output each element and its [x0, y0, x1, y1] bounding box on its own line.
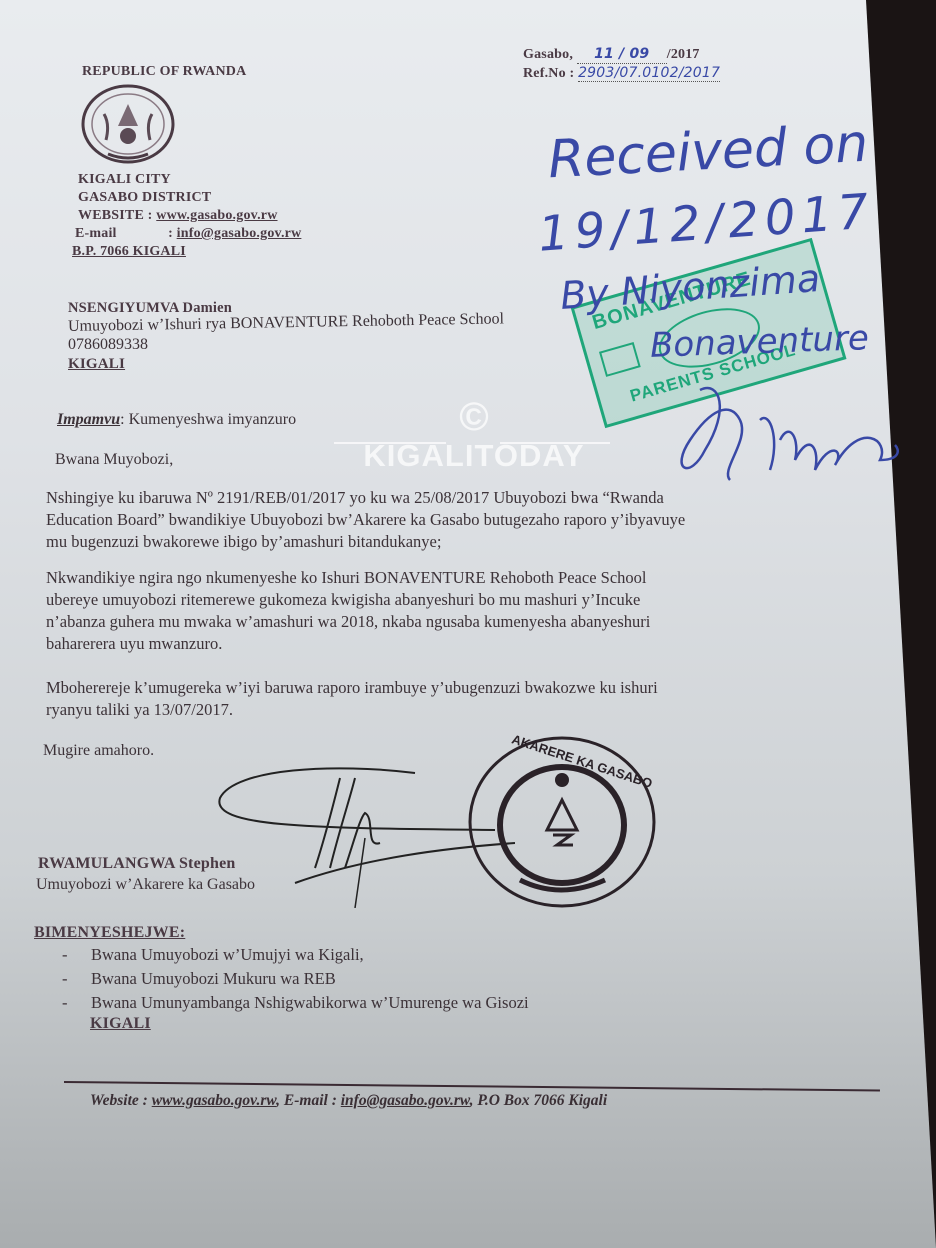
- website-label: WEBSITE :: [78, 208, 153, 223]
- recipient-name: NSENGIYUMVA Damien: [68, 300, 232, 317]
- letterhead-district: GASABO DISTRICT: [78, 190, 211, 206]
- received-note-name: Bonaventure: [649, 318, 869, 366]
- salutation: Bwana Muyobozi,: [55, 451, 173, 469]
- recipient-city: KIGALI: [68, 356, 125, 373]
- website-link[interactable]: www.gasabo.gov.rw: [156, 208, 277, 223]
- po-box: B.P. 7066 KIGALI: [72, 244, 186, 260]
- paragraph-line: Nshingiye ku ibaruwa Nº 2191/REB/01/2017…: [46, 487, 806, 509]
- ref-label: Ref.No :: [523, 66, 574, 81]
- cc-item: -Bwana Umuyobozi w’Umujyi wa Kigali,: [62, 945, 364, 965]
- recipient-phone: 0786089338: [68, 336, 148, 354]
- paragraph-line: n’abanza guhera mu mwaka w’amashuri wa 2…: [46, 611, 806, 633]
- paragraph-1: Nshingiye ku ibaruwa Nº 2191/REB/01/2017…: [46, 487, 806, 553]
- watermark-rule-left: [334, 442, 446, 444]
- paragraph-line: mu bugenzuzi bwakorewe ibigo by’amashuri…: [46, 531, 806, 553]
- receiver-signature-icon: [660, 380, 910, 490]
- ref-handwritten: 2903/07.0102/2017: [578, 65, 720, 82]
- signatory-title: Umuyobozi w’Akarere ka Gasabo: [36, 876, 255, 894]
- paragraph-line: baharerera uyu mwanzuro.: [46, 633, 806, 655]
- email-sep: :: [168, 226, 173, 241]
- letterhead-city: KIGALI CITY: [78, 172, 171, 188]
- date-year: /2017: [667, 47, 700, 62]
- date-handwritten: 11 / 09: [594, 46, 649, 62]
- cc-heading: BIMENYESHEJWE:: [34, 924, 185, 942]
- book-icon: [599, 342, 641, 377]
- signatory-name: RWAMULANGWA Stephen: [38, 855, 235, 873]
- subject-label: Impamvu: [57, 411, 120, 428]
- letterhead-country: REPUBLIC OF RWANDA: [82, 64, 246, 80]
- paragraph-3: Mboherereje k’umugereka w’iyi baruwa rap…: [46, 677, 816, 721]
- footer-email-label: , E-mail :: [276, 1092, 337, 1109]
- footer-contact: Website : www.gasabo.gov.rw, E-mail : in…: [90, 1092, 607, 1110]
- watermark-rule-right: [500, 442, 610, 444]
- footer-website-label: Website :: [90, 1092, 148, 1109]
- email-label: E-mail: [75, 226, 117, 241]
- cc-item: -Bwana Umuyobozi Mukuru wa REB: [62, 969, 336, 989]
- footer-email-link[interactable]: info@gasabo.gov.rw: [341, 1092, 470, 1109]
- closing: Mugire amahoro.: [43, 742, 154, 760]
- rwanda-coat-of-arms-icon: [80, 84, 176, 166]
- watermark: © KIGALITODAY: [334, 395, 614, 473]
- subject-text: : Kumenyeshwa imyanzuro: [120, 411, 296, 428]
- paragraph-line: Nkwandikiye ngira ngo nkumenyeshe ko Ish…: [46, 567, 806, 589]
- watermark-text: KIGALITODAY: [334, 439, 614, 473]
- email-link[interactable]: info@gasabo.gov.rw: [177, 226, 302, 241]
- paragraph-line: Education Board” bwandikiye Ubuyobozi bw…: [46, 509, 806, 531]
- footer-po-box: , P.O Box 7066 Kigali: [470, 1092, 608, 1109]
- footer-website-link[interactable]: www.gasabo.gov.rw: [152, 1092, 276, 1109]
- paragraph-line: ubereye umuyobozi ritemerewe gukomeza kw…: [46, 589, 806, 611]
- paragraph-line: ryanyu taliki ya 13/07/2017.: [46, 699, 816, 721]
- copyright-icon: ©: [334, 395, 614, 439]
- cc-item: -Bwana Umunyambanga Nshigwabikorwa w’Umu…: [62, 993, 529, 1013]
- cc-city: KIGALI: [90, 1015, 151, 1033]
- date-place: Gasabo,: [523, 47, 573, 62]
- district-seal-icon: AKARERE KA GASABO: [465, 730, 660, 910]
- paragraph-line: Mboherereje k’umugereka w’iyi baruwa rap…: [46, 677, 816, 699]
- paragraph-2: Nkwandikiye ngira ngo nkumenyeshe ko Ish…: [46, 567, 806, 655]
